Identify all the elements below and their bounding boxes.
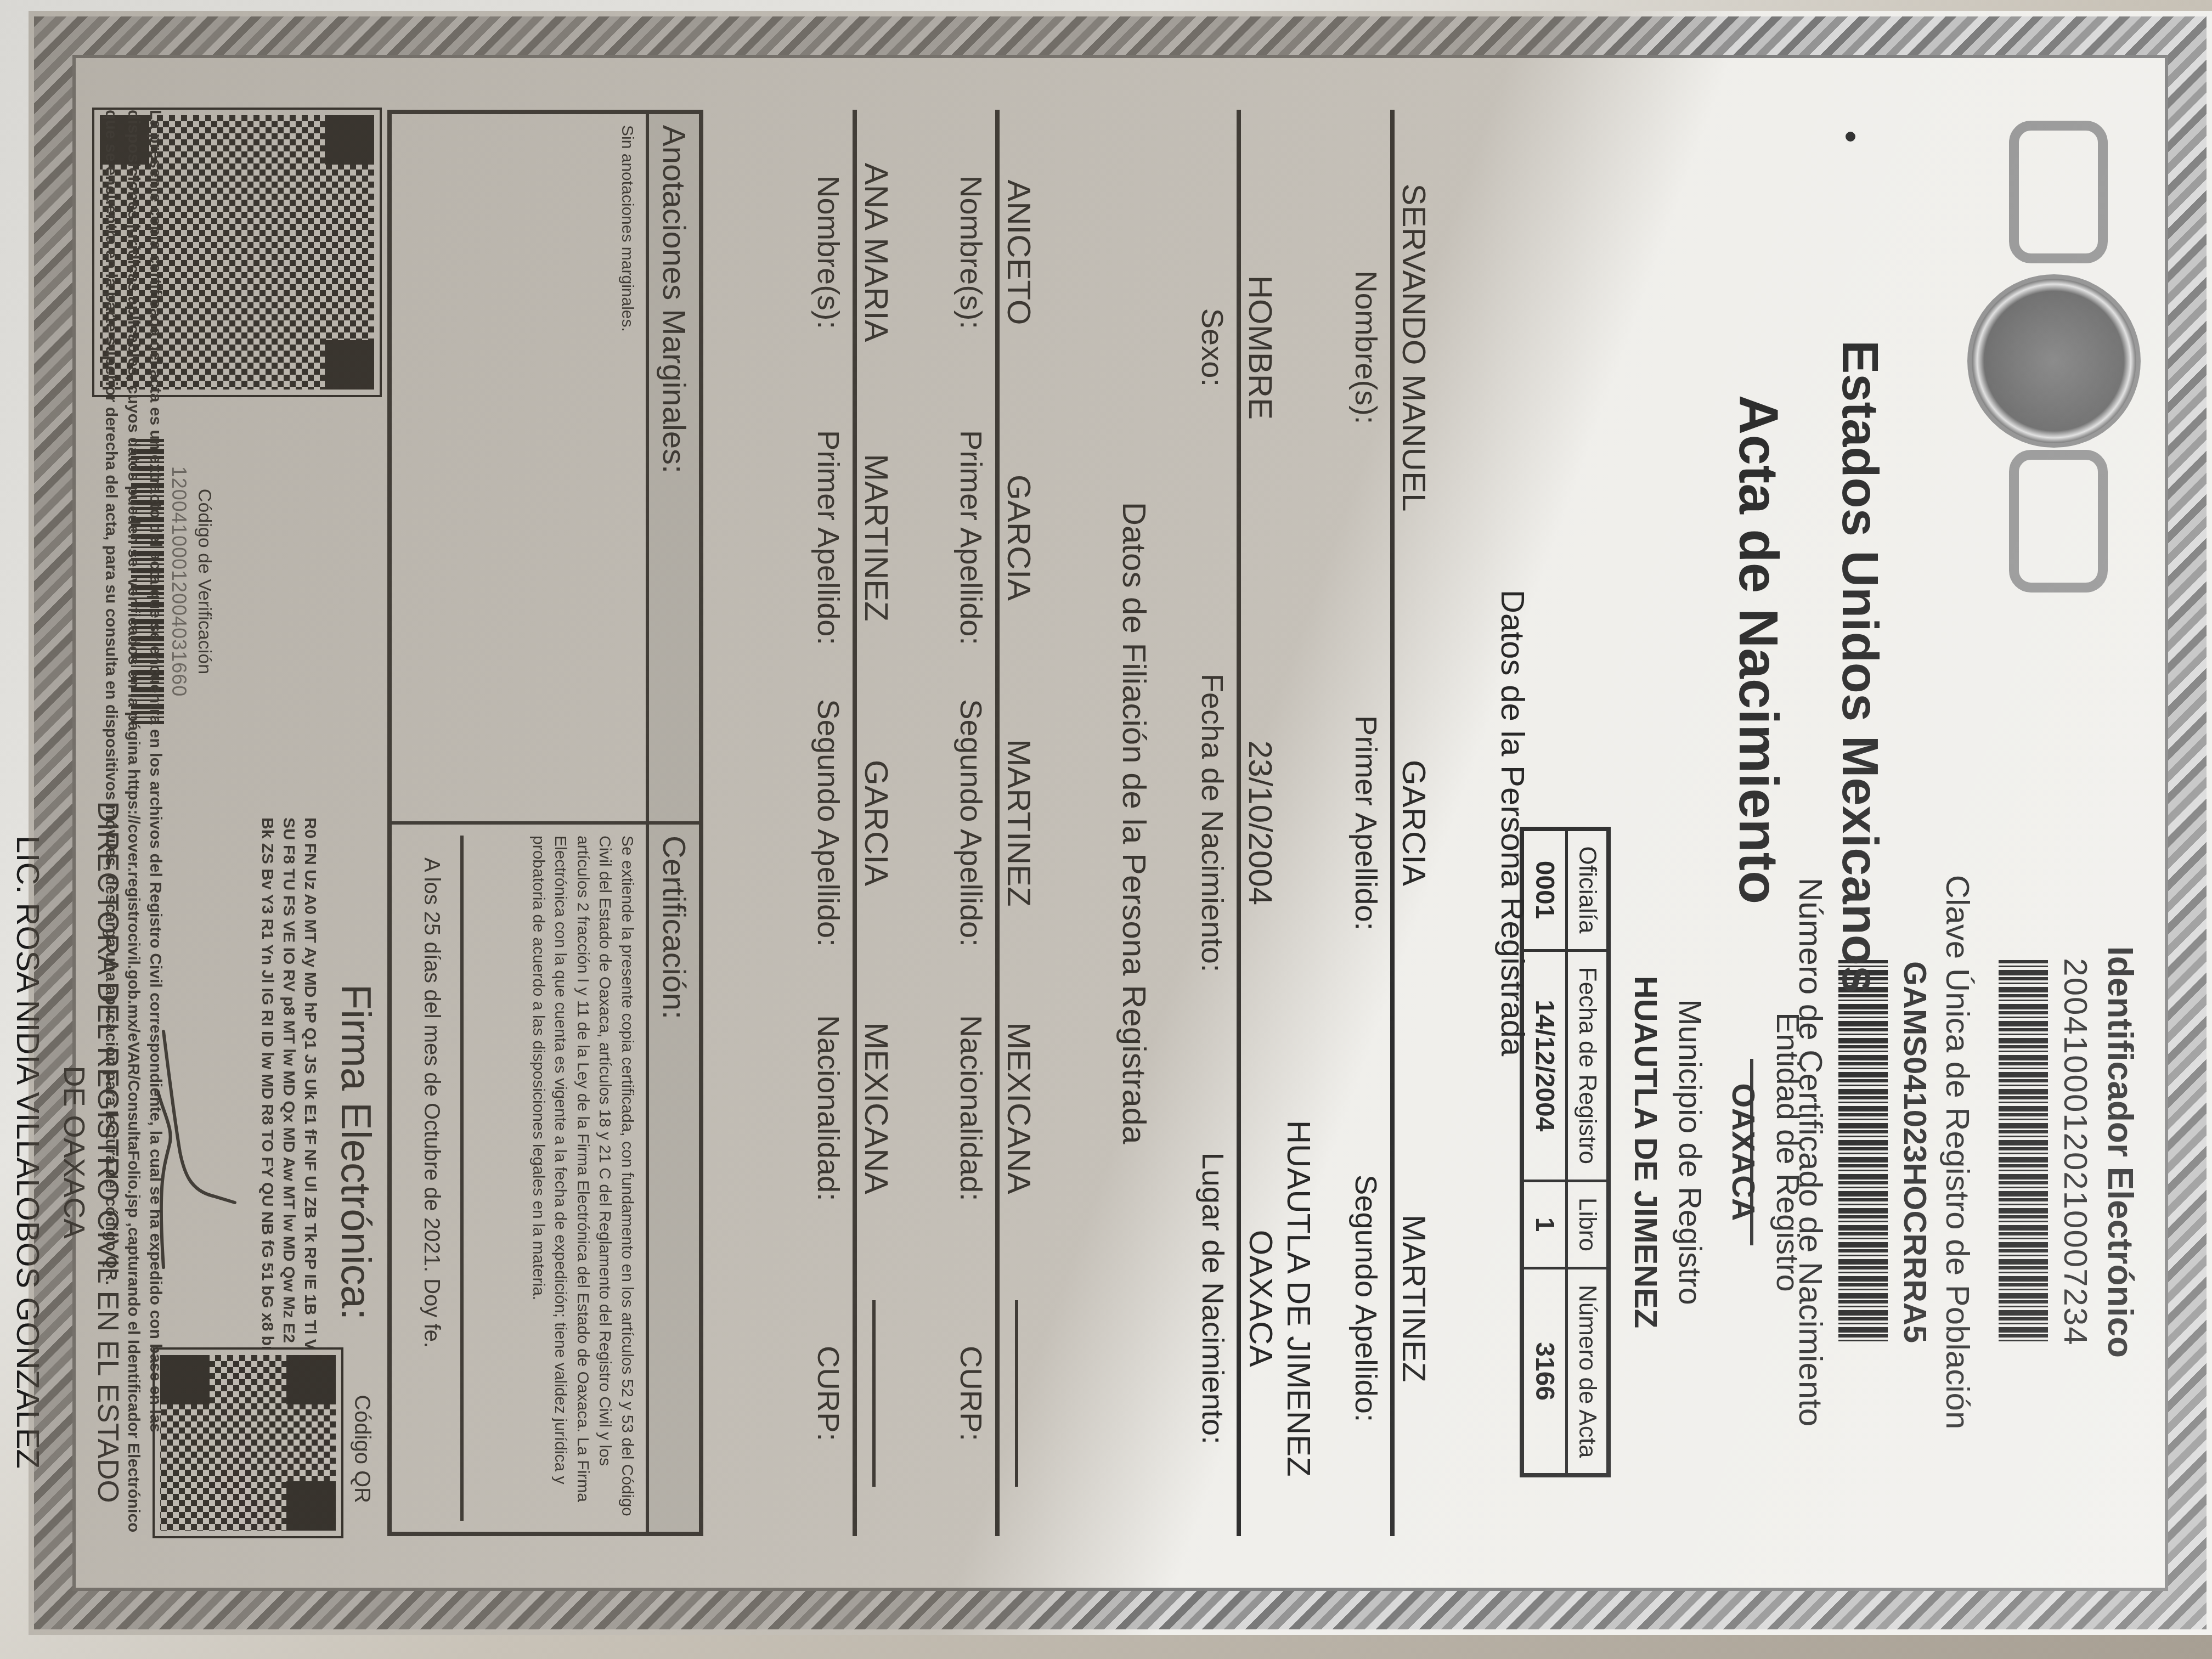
registration-block: Entidad de Registro OAXACA Municipio de … bbox=[1520, 768, 1806, 1536]
madre-nacionalidad-value: MEXICANA bbox=[857, 966, 895, 1251]
anotaciones-text: Sin anotaciones marginales. bbox=[392, 114, 646, 821]
fecha-nacimiento-value: 23/10/2004 bbox=[1242, 585, 1279, 1061]
primer-apellido-value: GARCIA bbox=[1395, 585, 1433, 1061]
verification-value: 12004100012004031660 bbox=[167, 428, 190, 735]
identificador-label: Identificador Electrónico bbox=[2100, 768, 2141, 1536]
padre-nombres-field: ANICETO Nombre(s): bbox=[953, 110, 1000, 395]
madre-primer-apellido-label: Primer Apellido: bbox=[811, 395, 847, 680]
padre-segundo-apellido-label: Segundo Apellido: bbox=[953, 680, 989, 966]
country-title: Estados Unidos Mexicanos bbox=[1831, 340, 1888, 994]
ink-dot bbox=[1846, 132, 1855, 142]
madre-nombres-label: Nombre(s): bbox=[811, 110, 847, 395]
padre-row: ANICETO Nombre(s): GARCIA Primer Apellid… bbox=[953, 110, 1000, 1536]
madre-segundo-apellido-value: GARCIA bbox=[857, 680, 895, 966]
coat-of-arms-icon bbox=[1967, 274, 2141, 448]
segundo-apellido-field: MARTINEZ Segundo Apellido: bbox=[1348, 1060, 1395, 1536]
padre-segundo-apellido-field: MARTINEZ Segundo Apellido: bbox=[953, 680, 1000, 966]
curp-value: GAMS041023HOCRRRA5 bbox=[1897, 768, 1933, 1536]
padre-segundo-apellido-value: MARTINEZ bbox=[1000, 680, 1038, 966]
persona-birth-row: HOMBRE Sexo: 23/10/2004 Fecha de Nacimie… bbox=[1195, 110, 1241, 1536]
notes-certification-box: Anotaciones Marginales: Sin anotaciones … bbox=[387, 110, 703, 1536]
sexo-label: Sexo: bbox=[1195, 110, 1231, 585]
madre-nacionalidad-label: Nacionalidad: bbox=[811, 966, 847, 1251]
lugar-nacimiento-estado: OAXACA bbox=[1242, 1060, 1280, 1536]
padre-primer-apellido-value: GARCIA bbox=[1000, 395, 1038, 680]
madre-primer-apellido-value: MARTINEZ bbox=[857, 395, 895, 680]
padre-primer-apellido-field: GARCIA Primer Apellido: bbox=[953, 395, 1000, 680]
identificador-barcode bbox=[1999, 960, 2048, 1344]
anotaciones-panel: Anotaciones Marginales: Sin anotaciones … bbox=[392, 114, 699, 825]
padre-nacionalidad-label: Nacionalidad: bbox=[953, 966, 989, 1251]
lugar-nacimiento-municipio: HUAUTLA DE JIMENEZ bbox=[1280, 1060, 1318, 1536]
birth-certificate-sheet: Identificador Electrónico 20041000120210… bbox=[29, 11, 2212, 1635]
certificacion-date: A los 25 días del mes de Octubre de 2021… bbox=[403, 836, 464, 1521]
lugar-nacimiento-field: HUAUTLA DE JIMENEZ OAXACA Lugar de Nacim… bbox=[1195, 1060, 1241, 1536]
padre-curp-label: CURP: bbox=[953, 1251, 989, 1536]
seal-ornament-right-icon bbox=[2009, 450, 2108, 592]
qr-label: Código QR bbox=[349, 1395, 374, 1503]
curp-label: Clave Única de Registro de Población bbox=[1939, 768, 1977, 1536]
padre-nacionalidad-value: MEXICANA bbox=[1000, 966, 1038, 1251]
director-name: LIC. ROSA NIDIA VILLALOBOS GONZALEZ bbox=[9, 795, 46, 1509]
segundo-apellido-value: MARTINEZ bbox=[1395, 1060, 1433, 1536]
numero-acta-header: Número de Acta bbox=[1567, 1268, 1609, 1475]
madre-nombres-value: ANA MARIA bbox=[857, 110, 895, 395]
fecha-nacimiento-label: Fecha de Nacimiento: bbox=[1195, 585, 1231, 1061]
filiacion-section-title: Datos de Filiación de la Persona Registr… bbox=[1115, 88, 1153, 1558]
fecha-nacimiento-field: 23/10/2004 Fecha de Nacimiento: bbox=[1195, 585, 1241, 1061]
madre-curp-label: CURP: bbox=[811, 1251, 847, 1536]
primer-apellido-label: Primer Apellido: bbox=[1348, 585, 1384, 1061]
certificacion-title: Certificación: bbox=[646, 825, 699, 1532]
municipio-value: HUAUTLA DE JIMENEZ bbox=[1627, 768, 1664, 1536]
nombres-field: SERVANDO MANUEL Nombre(s): bbox=[1348, 110, 1395, 585]
verification-label: Código de Verificación bbox=[194, 428, 215, 735]
segundo-apellido-label: Segundo Apellido: bbox=[1348, 1060, 1384, 1536]
madre-curp-field: CURP: bbox=[811, 1251, 857, 1536]
certificacion-text: Se extiende la presente copia certificad… bbox=[464, 825, 646, 1532]
sexo-field: HOMBRE Sexo: bbox=[1195, 110, 1241, 585]
entidad-label: Entidad de Registro bbox=[1769, 768, 1806, 1536]
fecha-registro-header: Fecha de Registro bbox=[1567, 950, 1609, 1181]
qr-code-small-icon bbox=[155, 1350, 341, 1536]
lugar-nacimiento-label: Lugar de Nacimiento: bbox=[1195, 1060, 1231, 1536]
madre-nombres-field: ANA MARIA Nombre(s): bbox=[811, 110, 857, 395]
identificador-value: 20041000120210007234 bbox=[2057, 768, 2095, 1536]
nombres-label: Nombre(s): bbox=[1348, 110, 1384, 585]
padre-primer-apellido-label: Primer Apellido: bbox=[953, 395, 989, 680]
oficialia-header: Oficialía bbox=[1567, 829, 1609, 950]
padre-curp-field: CURP: bbox=[953, 1251, 1000, 1536]
madre-segundo-apellido-field: GARCIA Segundo Apellido: bbox=[811, 680, 857, 966]
sexo-value: HOMBRE bbox=[1242, 110, 1279, 585]
certificacion-panel: Certificación: Se extiende la presente c… bbox=[392, 825, 699, 1532]
madre-nacionalidad-field: MEXICANA Nacionalidad: bbox=[811, 966, 857, 1251]
madre-curp-value bbox=[857, 1251, 895, 1536]
identifiers-block: Identificador Electrónico 20041000120210… bbox=[1750, 768, 2141, 1536]
seal-ornament-left-icon bbox=[2009, 121, 2108, 263]
padre-nacionalidad-field: MEXICANA Nacionalidad: bbox=[953, 966, 1000, 1251]
padre-curp-blank bbox=[1015, 1300, 1018, 1487]
curp-barcode bbox=[1838, 960, 1888, 1344]
libro-header: Libro bbox=[1567, 1181, 1609, 1268]
municipio-label: Municipio de Registro bbox=[1672, 768, 1708, 1536]
padre-nombres-label: Nombre(s): bbox=[953, 110, 989, 395]
primer-apellido-field: GARCIA Primer Apellido: bbox=[1348, 585, 1395, 1061]
madre-primer-apellido-field: MARTINEZ Primer Apellido: bbox=[811, 395, 857, 680]
madre-row: ANA MARIA Nombre(s): MARTINEZ Primer Ape… bbox=[811, 110, 857, 1536]
anotaciones-title: Anotaciones Marginales: bbox=[646, 114, 699, 821]
padre-nombres-value: ANICETO bbox=[1000, 110, 1038, 395]
padre-curp-value bbox=[1000, 1251, 1038, 1536]
entidad-value: OAXACA bbox=[1725, 768, 1762, 1536]
national-seal bbox=[1932, 110, 2141, 603]
persona-name-row: SERVANDO MANUEL Nombre(s): GARCIA Primer… bbox=[1348, 110, 1395, 1536]
footer-disclaimer: La presente copia certificada del acta e… bbox=[100, 110, 167, 1536]
madre-curp-blank bbox=[872, 1300, 876, 1487]
persona-section-title: Datos de la Persona Registrada bbox=[1494, 88, 1532, 1558]
madre-segundo-apellido-label: Segundo Apellido: bbox=[811, 680, 847, 966]
registration-table: Oficialía Fecha de Registro Libro Número… bbox=[1520, 827, 1611, 1478]
nombres-value: SERVANDO MANUEL bbox=[1395, 110, 1433, 585]
